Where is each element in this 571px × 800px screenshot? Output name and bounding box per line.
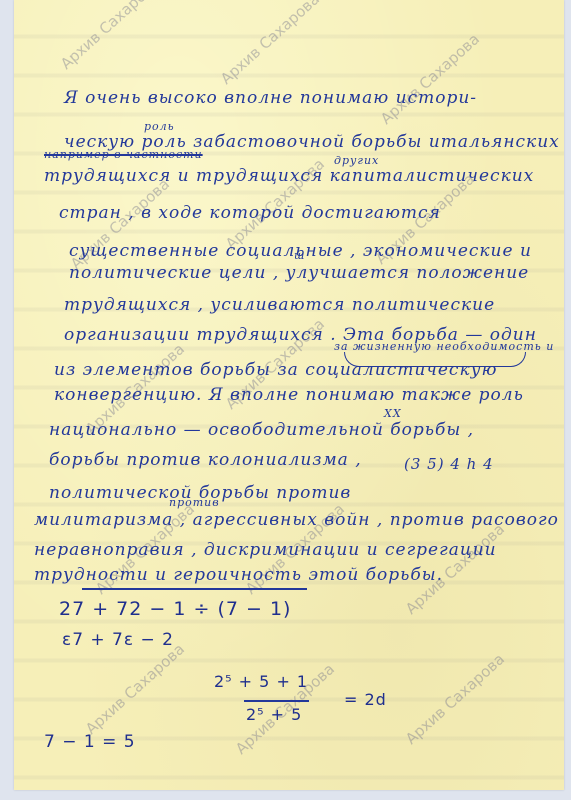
fraction-result: = 2d xyxy=(344,690,387,709)
manuscript-line: трудящихся , усиливаются политические xyxy=(64,295,495,315)
math-line: 27 + 72 − 1 ÷ (7 − 1) xyxy=(59,598,291,620)
manuscript-line: неравноправия , дискриминации и сегрегац… xyxy=(34,540,497,560)
struck-insertion: например в частности xyxy=(44,148,203,161)
manuscript-line: трудности и героичность этой борьбы. xyxy=(34,565,443,585)
manuscript-line: политические цели , улучшается положение xyxy=(69,263,529,283)
fraction-numerator: 2⁵ + 5 + 1 xyxy=(214,672,308,691)
manuscript-line: трудящихся и трудящихся капиталистически… xyxy=(44,166,534,186)
manuscript-line: милитаризма , агрессивных войн , против … xyxy=(34,510,559,530)
divider-line xyxy=(82,588,307,590)
insertion-above: ш xyxy=(294,249,305,262)
manuscript-line: борьбы против колониализма , xyxy=(49,450,362,470)
manuscript-line: конвергенцию. Я вполне понимаю также рол… xyxy=(54,385,524,405)
manuscript-line: Я очень высоко вполне понимаю истори- xyxy=(64,88,477,108)
fraction-bar xyxy=(244,700,309,702)
manuscript-line: стран , в ходе которой достигаются xyxy=(59,203,441,223)
manuscript-page: Архив Сахарова Архив Сахарова Архив Саха… xyxy=(14,0,564,790)
insertion-above: против xyxy=(169,496,220,509)
manuscript-line: национально — освободительной борьбы , xyxy=(49,420,474,440)
insertion-above: XX xyxy=(384,407,402,420)
margin-note: (3 5) 4 h 4 xyxy=(404,455,494,473)
math-line: ε7 + 7ε − 2 xyxy=(62,630,174,650)
insertion-bracket xyxy=(344,352,526,367)
math-line: 7 − 1 = 5 xyxy=(44,732,136,752)
fraction-denominator: 2⁵ + 5 xyxy=(246,705,302,724)
